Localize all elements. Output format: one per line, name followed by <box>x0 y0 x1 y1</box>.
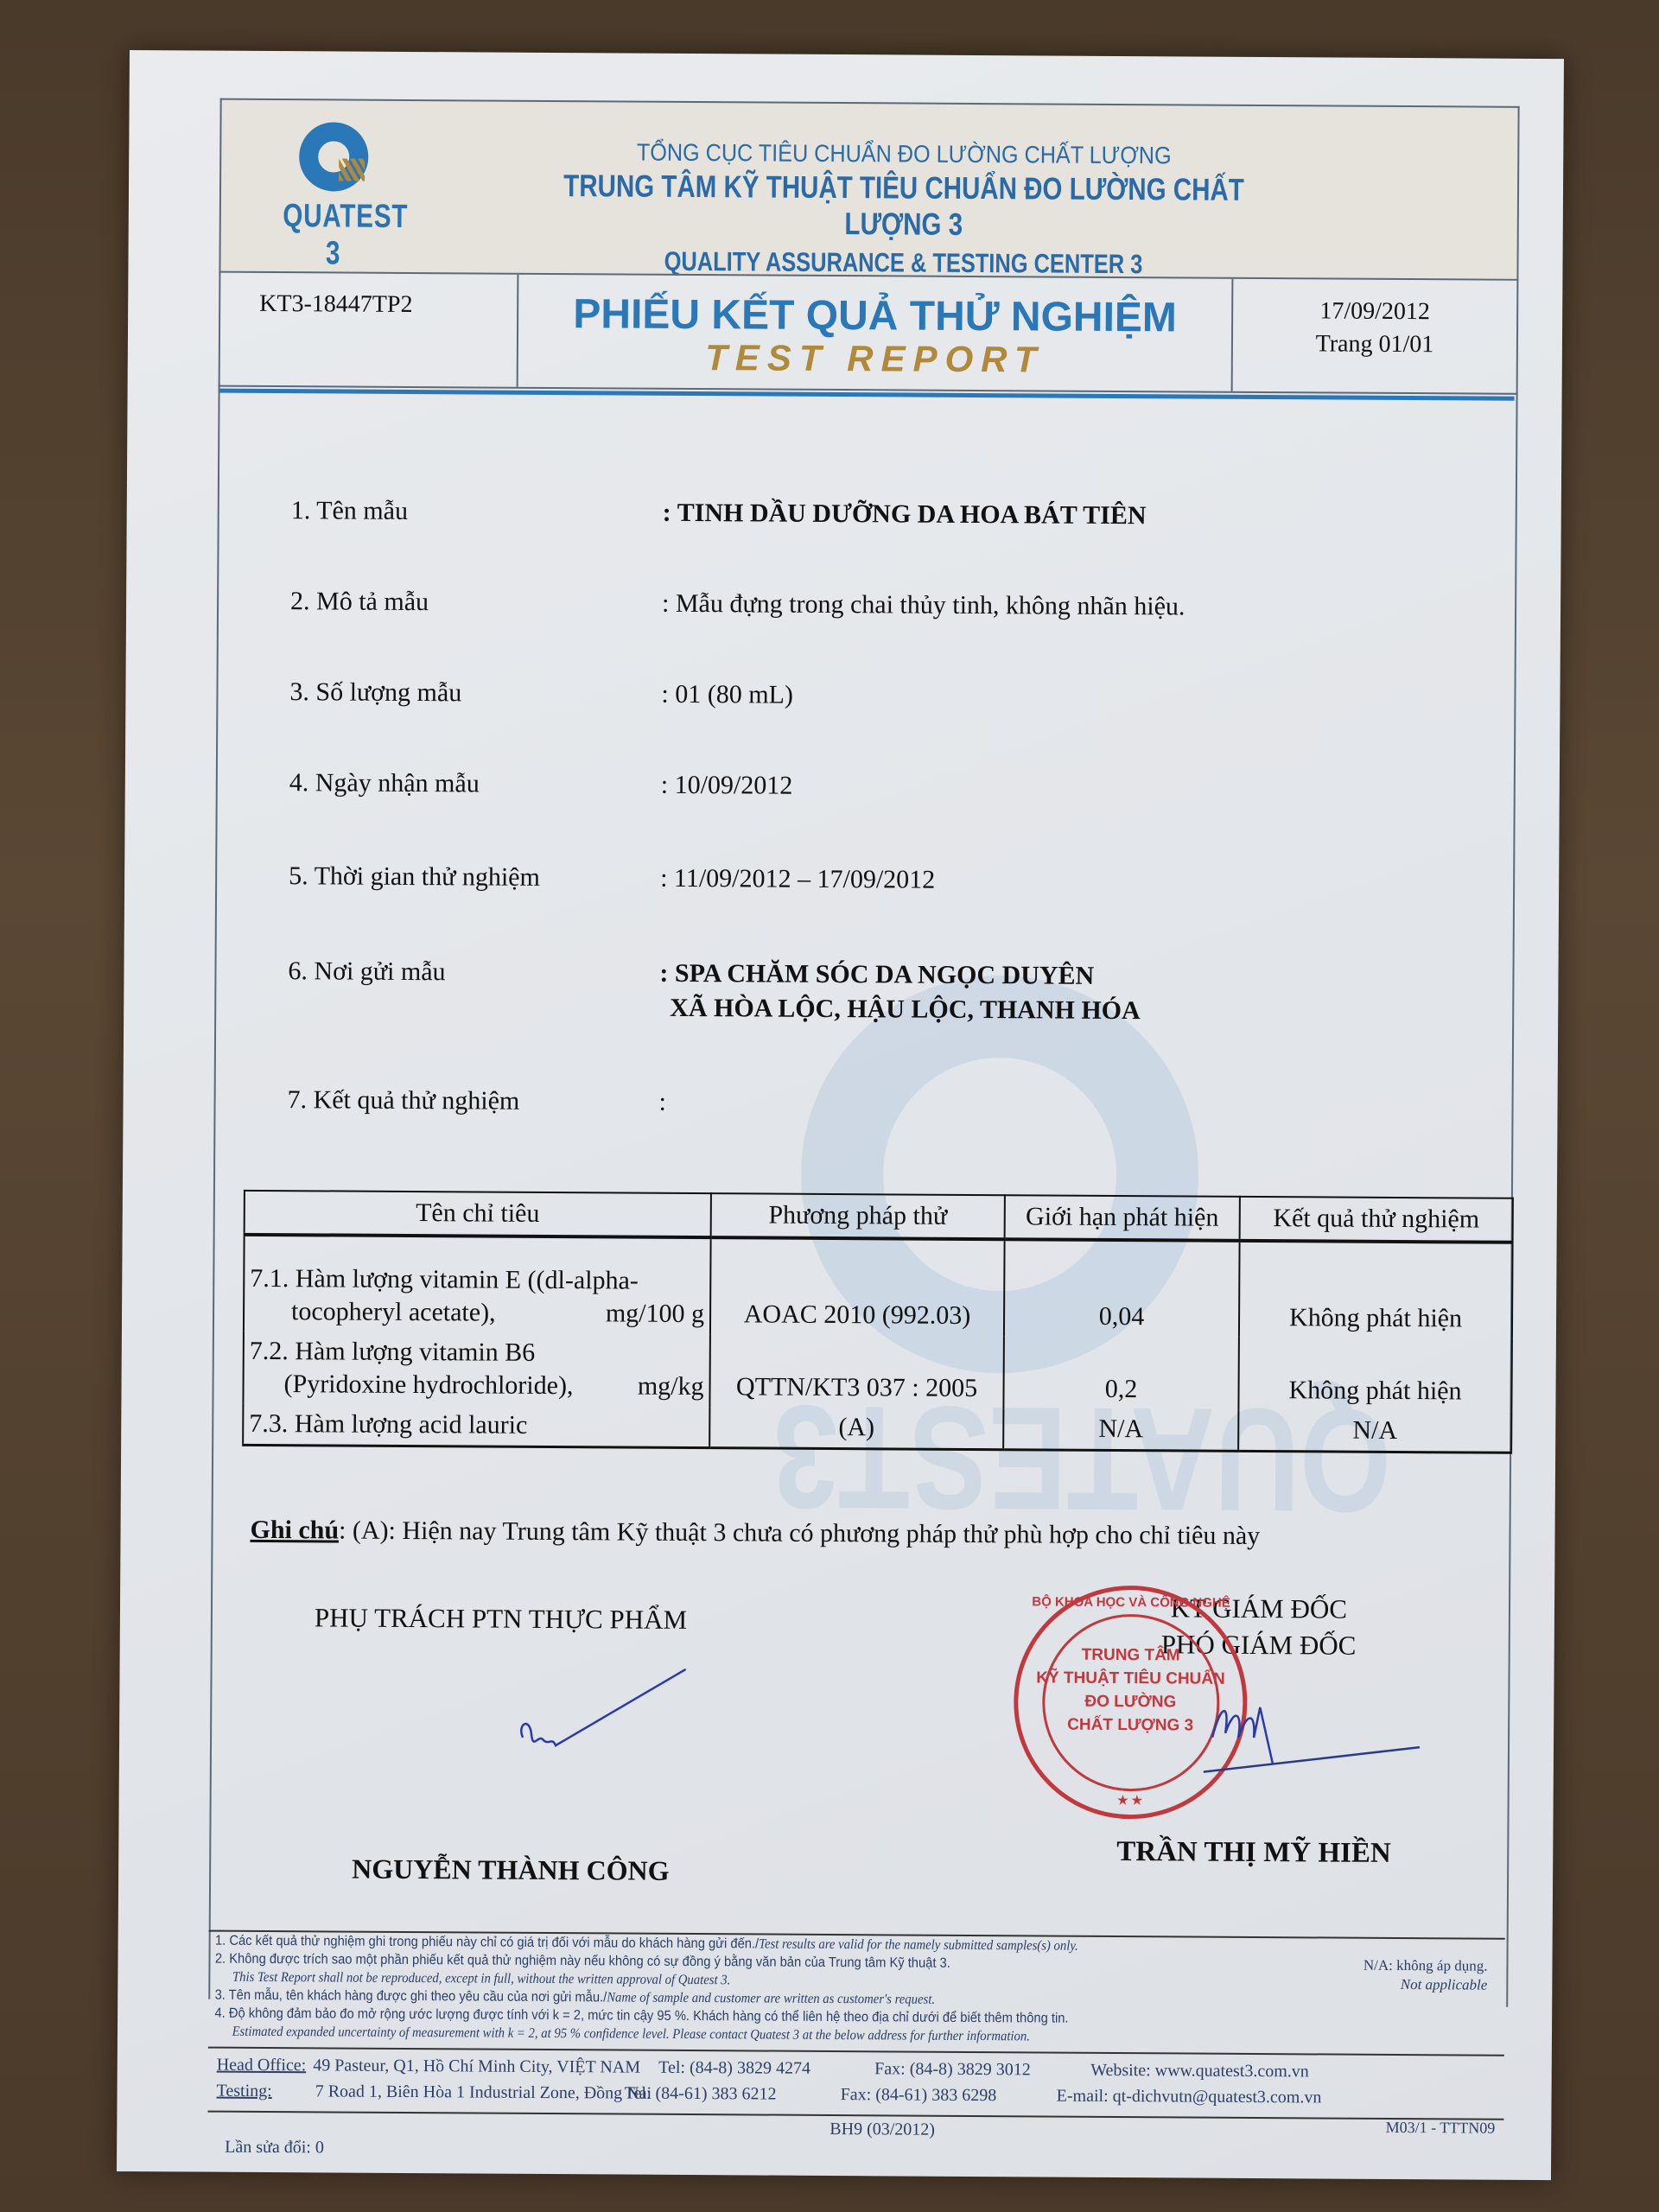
result-cell: Không phát hiện <box>1239 1241 1513 1339</box>
title-vi: PHIẾU KẾT QUẢ THỬ NGHIỆM <box>518 290 1231 342</box>
note-label: Ghi chú <box>250 1516 339 1545</box>
table-header: Tên chỉ tiêu Phương pháp thử Giới hạn ph… <box>245 1191 1513 1243</box>
testing-address: 7 Road 1, Biên Hòa 1 Industrial Zone, Đồ… <box>279 2082 625 2103</box>
field-label: 2. Mô tả mẫu <box>290 587 429 616</box>
center-name-vi: TRUNG TÂM KỸ THUẬT TIÊU CHUẨN ĐO LƯỜNG C… <box>514 168 1294 245</box>
field-value: : 01 (80 mL) <box>661 680 793 710</box>
signature-left <box>495 1656 755 1796</box>
result-cell: Không phát hiện <box>1238 1338 1512 1412</box>
stamp-line: TRUNG TÂM <box>1019 1643 1243 1668</box>
head-office-address: 49 Pasteur, Q1, Hồ Chí Minh City, VIỆT N… <box>313 2056 658 2077</box>
report-title: PHIẾU KẾT QUẢ THỬ NGHIỆM TEST REPORT <box>518 275 1234 391</box>
testing-fax: Fax: (84-61) 383 6298 <box>841 2085 1057 2107</box>
indicator-name: 7.1. Hàm lượng vitamin E ((dl-alpha- <box>250 1262 704 1298</box>
field-value: : 11/09/2012 – 17/09/2012 <box>660 864 935 895</box>
field-value: : SPA CHĂM SÓC DA NGỌC DUYÊN <box>659 959 1094 991</box>
quatest-logo: QUATEST 3 <box>268 122 398 273</box>
limit-cell: N/A <box>1003 1408 1238 1451</box>
bh-code: BH9 (03/2012) <box>829 2120 935 2140</box>
email-link[interactable]: E-mail: qt-dichvutn@quatest3.com.vn <box>1057 2087 1322 2107</box>
note: Ghi chú: (A): Hiện nay Trung tâm Kỹ thuậ… <box>250 1516 1260 1551</box>
field-label: 3. Số lượng mẫu <box>289 677 461 707</box>
testing-row: Testing:7 Road 1, Biên Hòa 1 Industrial … <box>217 2082 1322 2108</box>
indicator-unit: mg/100 g <box>606 1297 704 1331</box>
stamp-outer-bottom: ★ ★ <box>1018 1792 1243 1808</box>
indicator-name-cont: tocopheryl acetate), <box>291 1295 496 1329</box>
field-test-period: 5. Thời gian thử nghiệm : 11/09/2012 – 1… <box>289 861 540 893</box>
field-label: 1. Tên mẫu <box>291 496 408 525</box>
head-office-label: Head Office: <box>217 2056 307 2075</box>
head-office-fax: Fax: (84-8) 3829 3012 <box>874 2059 1090 2081</box>
indicator-name-cont: (Pyridoxine hydrochloride), <box>283 1368 573 1402</box>
stamp-outer-top: BỘ KHOA HỌC VÀ CÔNG NGHỆ <box>1019 1594 1243 1611</box>
report-code: KT3-18447TP2 <box>220 273 519 387</box>
field-sample-quantity: 3. Số lượng mẫu : 01 (80 mL) <box>289 677 461 708</box>
footer-notes: 1. Các kết quả thử nghiệm ghi trong phiế… <box>208 1930 1505 2049</box>
results-table: Tên chỉ tiêu Phương pháp thử Giới hạn ph… <box>242 1190 1514 1454</box>
indicator-name: 7.2. Hàm lượng vitamin B6 <box>250 1335 704 1370</box>
field-label: 4. Ngày nhận mẫu <box>289 768 480 798</box>
limit-cell: 0,2 <box>1003 1336 1239 1410</box>
field-sample-name: 1. Tên mẫu : TINH DẦU DƯỠNG DA HOA BÁT T… <box>291 496 408 526</box>
address-block: Head Office:49 Pasteur, Q1, Hồ Chí Minh … <box>207 2047 1503 2120</box>
field-label: 6. Nơi gửi mẫu <box>288 957 445 986</box>
method-cell: (A) <box>709 1407 1003 1450</box>
testing-tel: Tel: (84-61) 383 6212 <box>625 2084 841 2106</box>
col-result: Kết quả thử nghiệm <box>1240 1197 1513 1243</box>
indicator-cell: 7.3. Hàm lượng acid lauric <box>243 1404 709 1448</box>
indicator-cell: 7.1. Hàm lượng vitamin E ((dl-alpha- toc… <box>244 1235 711 1334</box>
field-sample-description: 2. Mô tả mẫu : Mẫu đựng trong chai thủy … <box>290 587 429 617</box>
agency-line: TỔNG CỤC TIÊU CHUẨN ĐO LƯỜNG CHẤT LƯỢNG <box>476 137 1332 170</box>
field-value: : Mẫu đựng trong chai thủy tinh, không n… <box>662 589 1185 622</box>
head-office-tel: Tel: (84-8) 3829 4274 <box>658 2058 874 2080</box>
title-en: TEST REPORT <box>518 336 1231 382</box>
report-frame: QUATEST 3 TỔNG CỤC TIÊU CHUẨN ĐO LƯỜNG C… <box>208 99 1516 2102</box>
col-detection-limit: Giới hạn phát hiện <box>1005 1195 1240 1241</box>
note-text: : (A): Hiện nay Trung tâm Kỹ thuật 3 chư… <box>339 1516 1260 1551</box>
result-cell: N/A <box>1238 1410 1511 1452</box>
col-indicator: Tên chỉ tiêu <box>245 1191 711 1237</box>
report-date: 17/09/2012 <box>1233 295 1516 329</box>
head-office-row: Head Office:49 Pasteur, Q1, Hồ Chí Minh … <box>217 2056 1309 2082</box>
logo-text: QUATEST 3 <box>283 198 385 273</box>
table-row: 7.1. Hàm lượng vitamin E ((dl-alpha- toc… <box>244 1235 1513 1339</box>
limit-cell: 0,04 <box>1004 1239 1240 1338</box>
website-link[interactable]: Website: www.quatest3.com.vn <box>1090 2061 1309 2082</box>
method-cell: AOAC 2010 (992.03) <box>710 1237 1005 1336</box>
field-value: : TINH DẦU DƯỠNG DA HOA BÁT TIÊN <box>663 499 1147 531</box>
col-method: Phương pháp thử <box>711 1193 1005 1239</box>
field-label: 5. Thời gian thử nghiệm <box>289 861 540 892</box>
indicator-cell: 7.2. Hàm lượng vitamin B6 (Pyridoxine hy… <box>243 1332 710 1407</box>
field-test-results: 7. Kết quả thử nghiệm : <box>287 1085 519 1116</box>
field-sender: 6. Nơi gửi mẫu : SPA CHĂM SÓC DA NGỌC DU… <box>288 957 445 987</box>
field-value-address: XÃ HÒA LỘC, HẬU LỘC, THANH HÓA <box>670 994 1141 1026</box>
date-page: 17/09/2012 Trang 01/01 <box>1233 279 1517 393</box>
na-en: Not applicable <box>1363 1975 1488 1995</box>
title-row: KT3-18447TP2 PHIẾU KẾT QUẢ THỬ NGHIỆM TE… <box>219 271 1519 395</box>
report-header: QUATEST 3 TỔNG CỤC TIÊU CHUẨN ĐO LƯỜNG C… <box>219 99 1519 281</box>
indicator-unit: mg/kg <box>638 1370 704 1403</box>
page-number: Trang 01/01 <box>1233 327 1516 362</box>
director-name: TRẦN THỊ MỸ HIỀN <box>1116 1836 1391 1870</box>
field-value: : 10/09/2012 <box>661 771 793 801</box>
testing-label: Testing: <box>217 2082 272 2101</box>
na-vi: N/A: không áp dụng. <box>1363 1956 1488 1976</box>
lab-head-title: PHỤ TRÁCH PTN THỰC PHẨM <box>315 1602 687 1636</box>
signature-right <box>1195 1686 1455 1791</box>
na-legend: N/A: không áp dụng. Not applicable <box>1363 1956 1488 1995</box>
test-report-document: QUATEST 3 TỔNG CỤC TIÊU CHUẨN ĐO LƯỜNG C… <box>117 50 1564 2180</box>
field-received-date: 4. Ngày nhận mẫu : 10/09/2012 <box>289 768 480 798</box>
table-row: 7.2. Hàm lượng vitamin B6 (Pyridoxine hy… <box>243 1332 1511 1412</box>
form-code: M03/1 - TTTN09 <box>1386 2119 1496 2138</box>
lab-head-name: NGUYỄN THÀNH CÔNG <box>352 1853 670 1887</box>
field-label: 7. Kết quả thử nghiệm <box>287 1085 519 1116</box>
method-cell: QTTN/KT3 037 : 2005 <box>709 1334 1004 1408</box>
revision-number: Lần sửa đổi: 0 <box>225 2138 324 2158</box>
table-row: 7.3. Hàm lượng acid lauric (A) N/A N/A <box>243 1404 1511 1452</box>
organization-name: TỔNG CỤC TIÊU CHUẨN ĐO LƯỜNG CHẤT LƯỢNG … <box>428 137 1379 282</box>
q-ring-icon <box>299 122 368 191</box>
field-value: : <box>658 1088 666 1117</box>
